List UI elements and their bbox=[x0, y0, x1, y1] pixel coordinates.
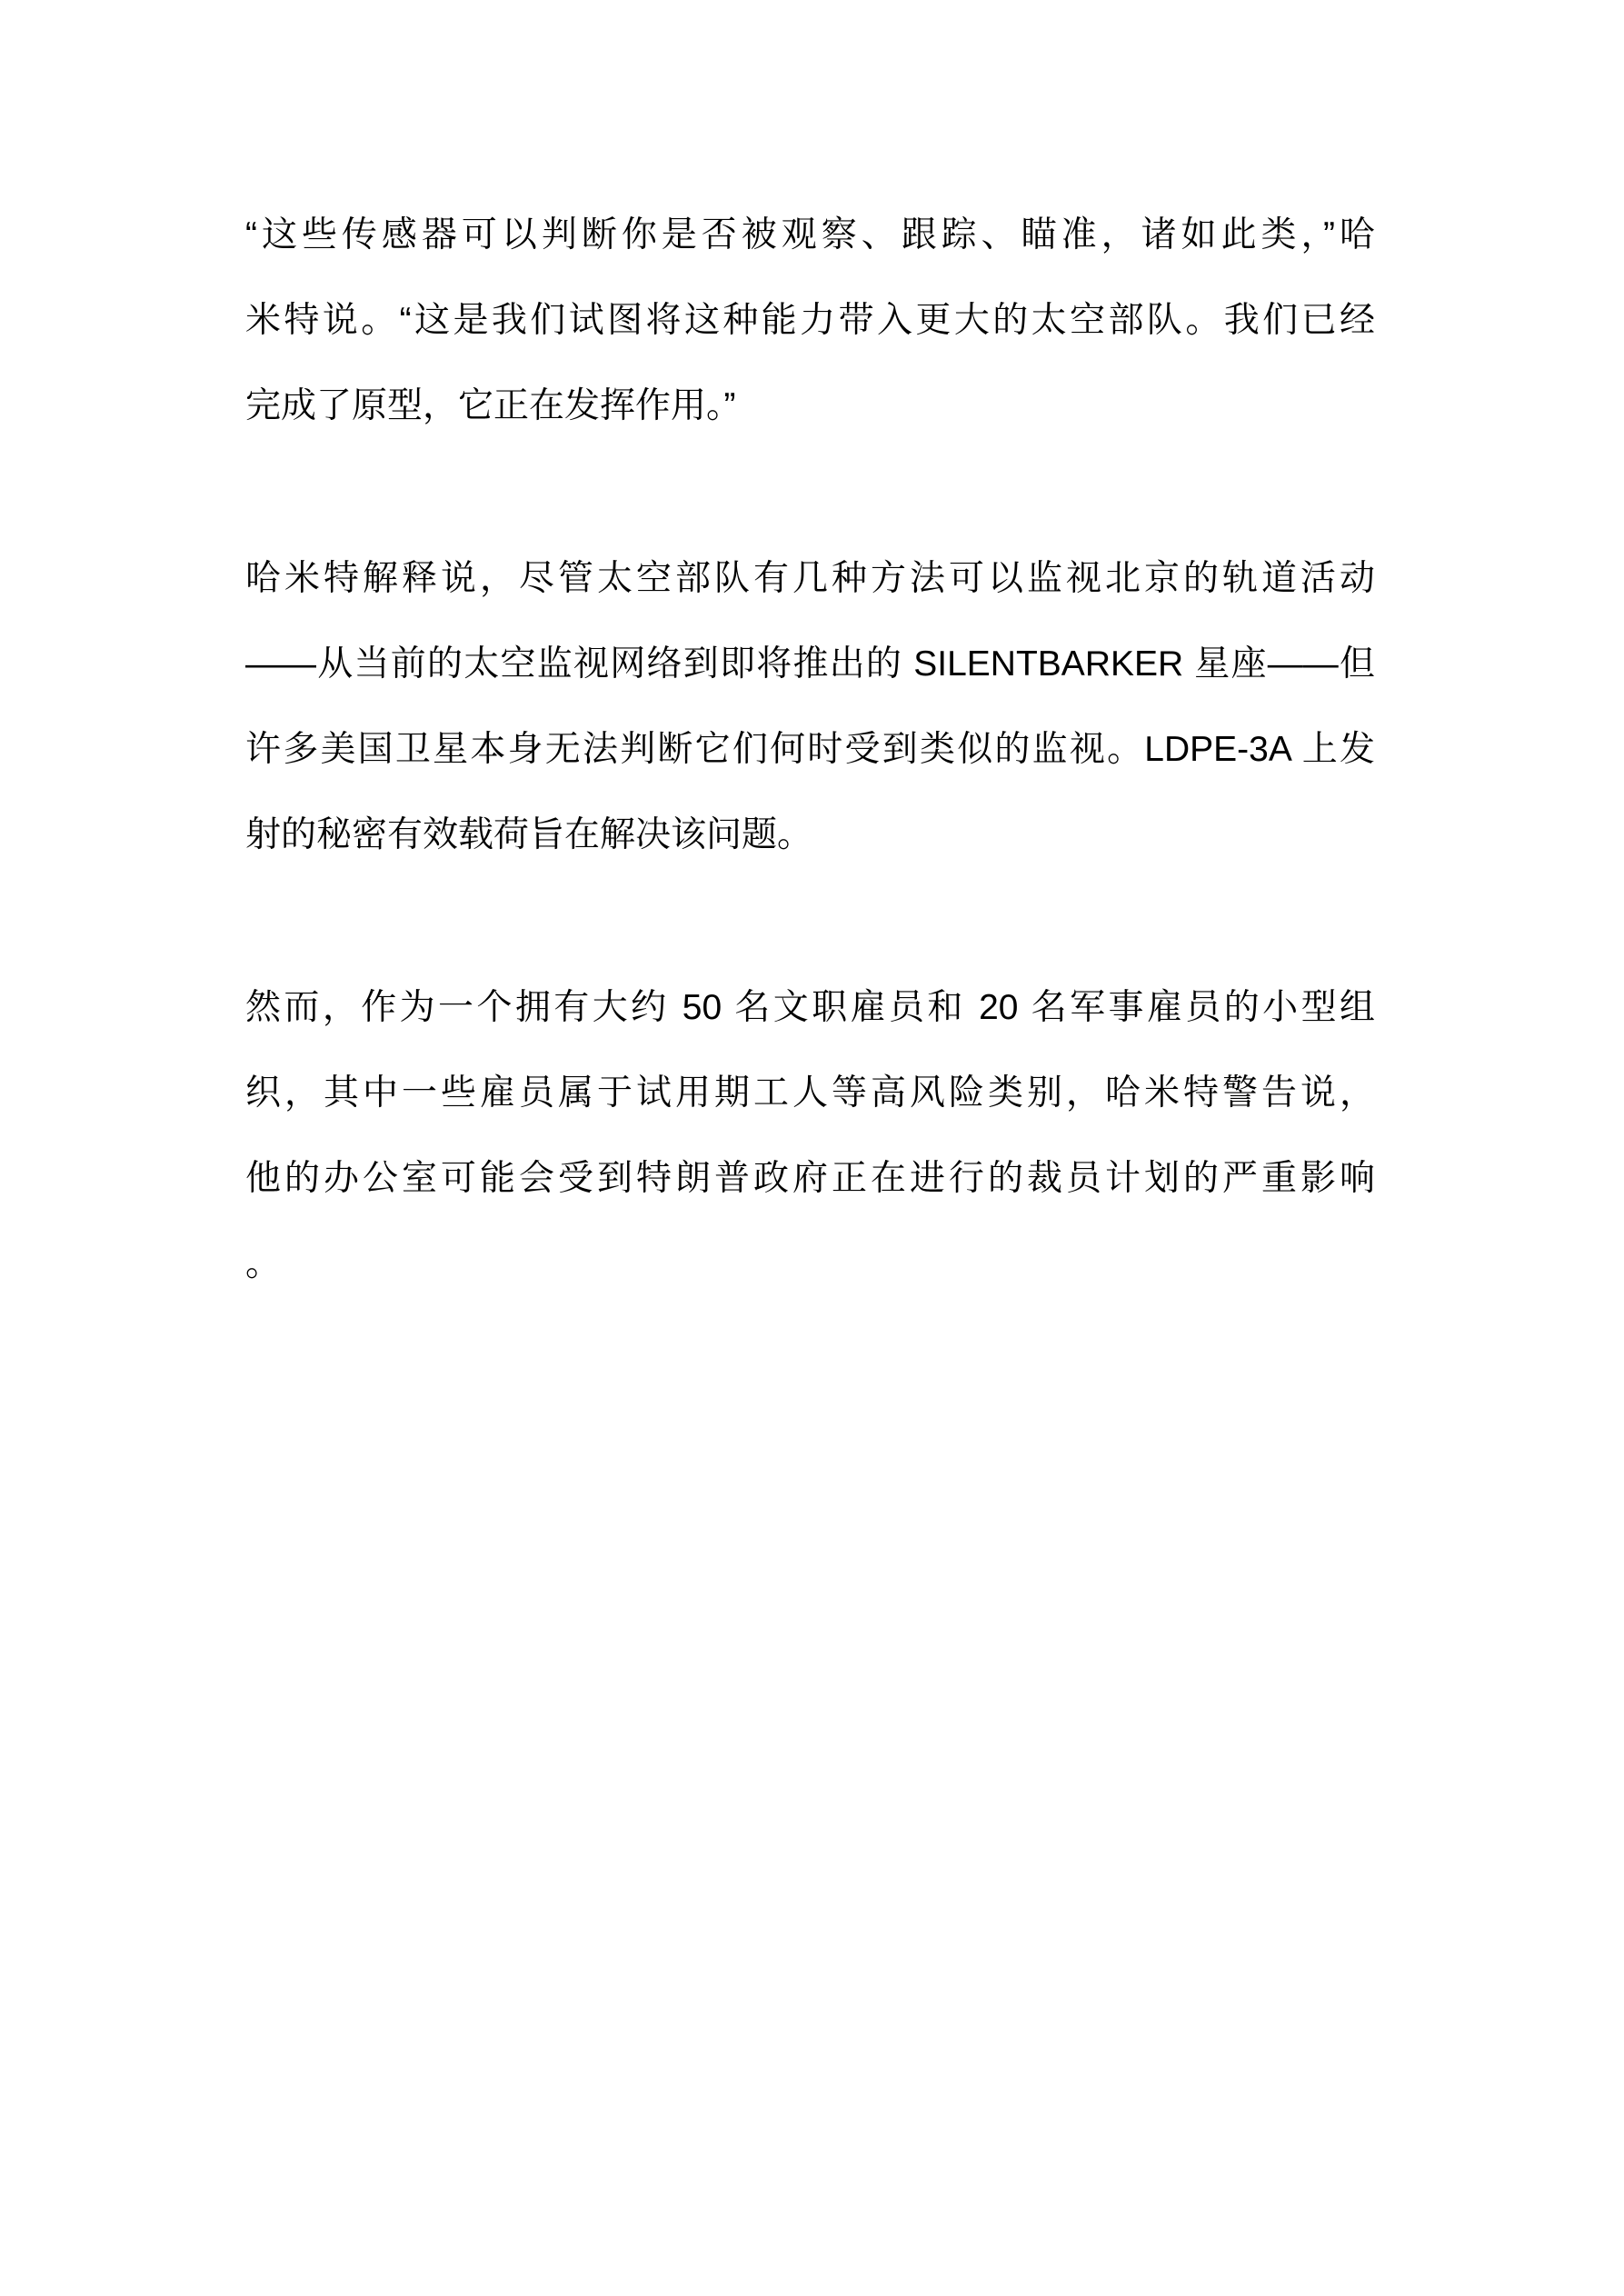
text-line: 许多美国卫星本身无法判断它们何时受到类似的监视。LDPE-3A 上发 bbox=[245, 707, 1375, 793]
text-line: 哈米特解释说，尽管太空部队有几种方法可以监视北京的轨道活动 bbox=[245, 536, 1375, 622]
paragraph: “这些传感器可以判断你是否被观察、跟踪、瞄准，诸如此类，”哈米特说。“这是我们试… bbox=[245, 193, 1375, 449]
text-line: 他的办公室可能会受到特朗普政府正在进行的裁员计划的严重影响 bbox=[245, 1136, 1375, 1222]
paragraph: 哈米特解释说，尽管太空部队有几种方法可以监视北京的轨道活动——从当前的太空监视网… bbox=[245, 536, 1375, 878]
document-page: “这些传感器可以判断你是否被观察、跟踪、瞄准，诸如此类，”哈米特说。“这是我们试… bbox=[0, 0, 1624, 2296]
text-line: 。 bbox=[245, 1222, 1375, 1307]
text-line: ——从当前的太空监视网络到即将推出的 SILENTBARKER 星座——但 bbox=[245, 622, 1375, 707]
text-line: 织，其中一些雇员属于试用期工人等高风险类别，哈米特警告说， bbox=[245, 1051, 1375, 1136]
text-line: 米特说。“这是我们试图将这种能力带入更大的太空部队。我们已经 bbox=[245, 278, 1375, 364]
text-line: “这些传感器可以判断你是否被观察、跟踪、瞄准，诸如此类，”哈 bbox=[245, 193, 1375, 278]
paragraph: 然而，作为一个拥有大约 50 名文职雇员和 20 名军事雇员的小型组织，其中一些… bbox=[245, 965, 1375, 1307]
text-line: 射的秘密有效载荷旨在解决该问题。 bbox=[245, 793, 1375, 878]
text-line: 然而，作为一个拥有大约 50 名文职雇员和 20 名军事雇员的小型组 bbox=[245, 965, 1375, 1051]
document-body: “这些传感器可以判断你是否被观察、跟踪、瞄准，诸如此类，”哈米特说。“这是我们试… bbox=[245, 193, 1375, 1307]
text-line: 完成了原型，它正在发挥作用。” bbox=[245, 364, 1375, 449]
